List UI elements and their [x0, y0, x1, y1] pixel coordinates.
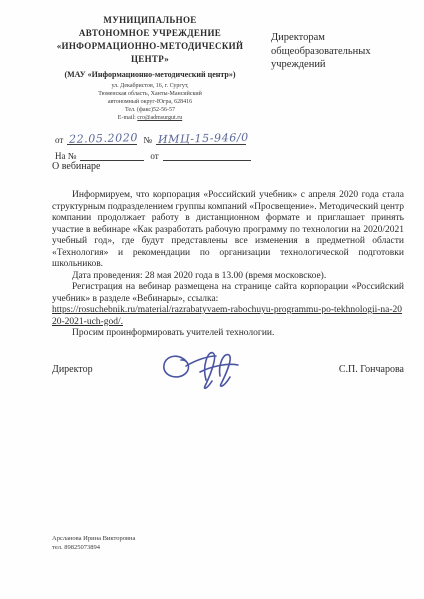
org-address-line: автономный округ-Югра, 628416 — [30, 98, 270, 106]
reply-date-field — [163, 146, 251, 161]
body-paragraph: Регистрация на вебинар размещена на стра… — [52, 282, 404, 305]
reference-row-reply: На № от — [55, 145, 265, 161]
reply-from-label: от — [150, 151, 162, 161]
letterhead-org-block: МУНИЦИПАЛЬНОЕ АВТОНОМНОЕ УЧРЕЖДЕНИЕ «ИНФ… — [30, 14, 270, 122]
addressee-line: общеобразовательных — [271, 45, 371, 59]
org-phone: Тел. (факс)52-56-57 — [30, 106, 270, 114]
outgoing-date-field: 22.05.2020 — [67, 130, 137, 145]
registration-link[interactable]: https://rosuchebnik.ru/material/razrabat… — [52, 305, 404, 328]
director-signature-icon — [158, 346, 262, 394]
org-email-label: E-mail: — [118, 115, 136, 121]
addressee-block: Директорам общеобразовательных учреждени… — [271, 31, 371, 72]
letter-page: МУНИЦИПАЛЬНОЕ АВТОНОМНОЕ УЧРЕЖДЕНИЕ «ИНФ… — [0, 0, 424, 599]
from-label: от — [55, 135, 67, 145]
org-name-line: ЦЕНТР» — [30, 53, 270, 66]
reply-label: На № — [55, 151, 80, 161]
executor-phone: тел. 89825073894 — [52, 543, 135, 552]
org-email-line: E-mail: cro@admsurgut.ru — [30, 114, 270, 122]
handwritten-number: ИМЦ-15-946/0 — [158, 131, 249, 146]
reference-row-outgoing: от 22.05.2020 № ИМЦ-15-946/0 — [55, 129, 265, 145]
org-address-line: ул. Декабристов, 16, г. Сургут, — [30, 82, 270, 90]
org-address-block: ул. Декабристов, 16, г. Сургут, Тюменска… — [30, 82, 270, 122]
handwritten-date: 22.05.2020 — [69, 131, 138, 146]
org-email-link[interactable]: cro@admsurgut.ru — [137, 115, 182, 121]
signer-name: С.П. Гончарова — [339, 364, 404, 375]
body-paragraph: Просим проинформировать учителей техноло… — [52, 328, 404, 340]
org-name-line: АВТОНОМНОЕ УЧРЕЖДЕНИЕ — [30, 27, 270, 40]
addressee-line: Директорам — [271, 31, 371, 45]
org-address-line: Тюменская область, Ханты-Мансийский — [30, 90, 270, 98]
number-label: № — [143, 135, 156, 145]
subject-line: О вебинаре — [52, 161, 101, 172]
reply-number-field — [80, 146, 144, 161]
body-paragraph: Информируем, что корпорация «Российский … — [52, 190, 404, 271]
org-name-line: МУНИЦИПАЛЬНОЕ — [30, 14, 270, 27]
signer-title: Директор — [52, 364, 93, 375]
executor-contact-block: Арсланова Ирина Викторовна тел. 89825073… — [52, 534, 135, 552]
body-paragraph: Дата проведения: 28 мая 2020 года в 13.0… — [52, 271, 404, 283]
org-name-line: «ИНФОРМАЦИОННО-МЕТОДИЧЕСКИЙ — [30, 40, 270, 53]
reference-block: от 22.05.2020 № ИМЦ-15-946/0 На № от — [55, 129, 265, 161]
org-short-name: (МАУ «Информационно-методический центр») — [30, 70, 270, 80]
executor-name: Арсланова Ирина Викторовна — [52, 534, 135, 543]
addressee-line: учреждений — [271, 58, 371, 72]
letter-body: Информируем, что корпорация «Российский … — [52, 190, 404, 340]
outgoing-number-field: ИМЦ-15-946/0 — [156, 130, 246, 145]
